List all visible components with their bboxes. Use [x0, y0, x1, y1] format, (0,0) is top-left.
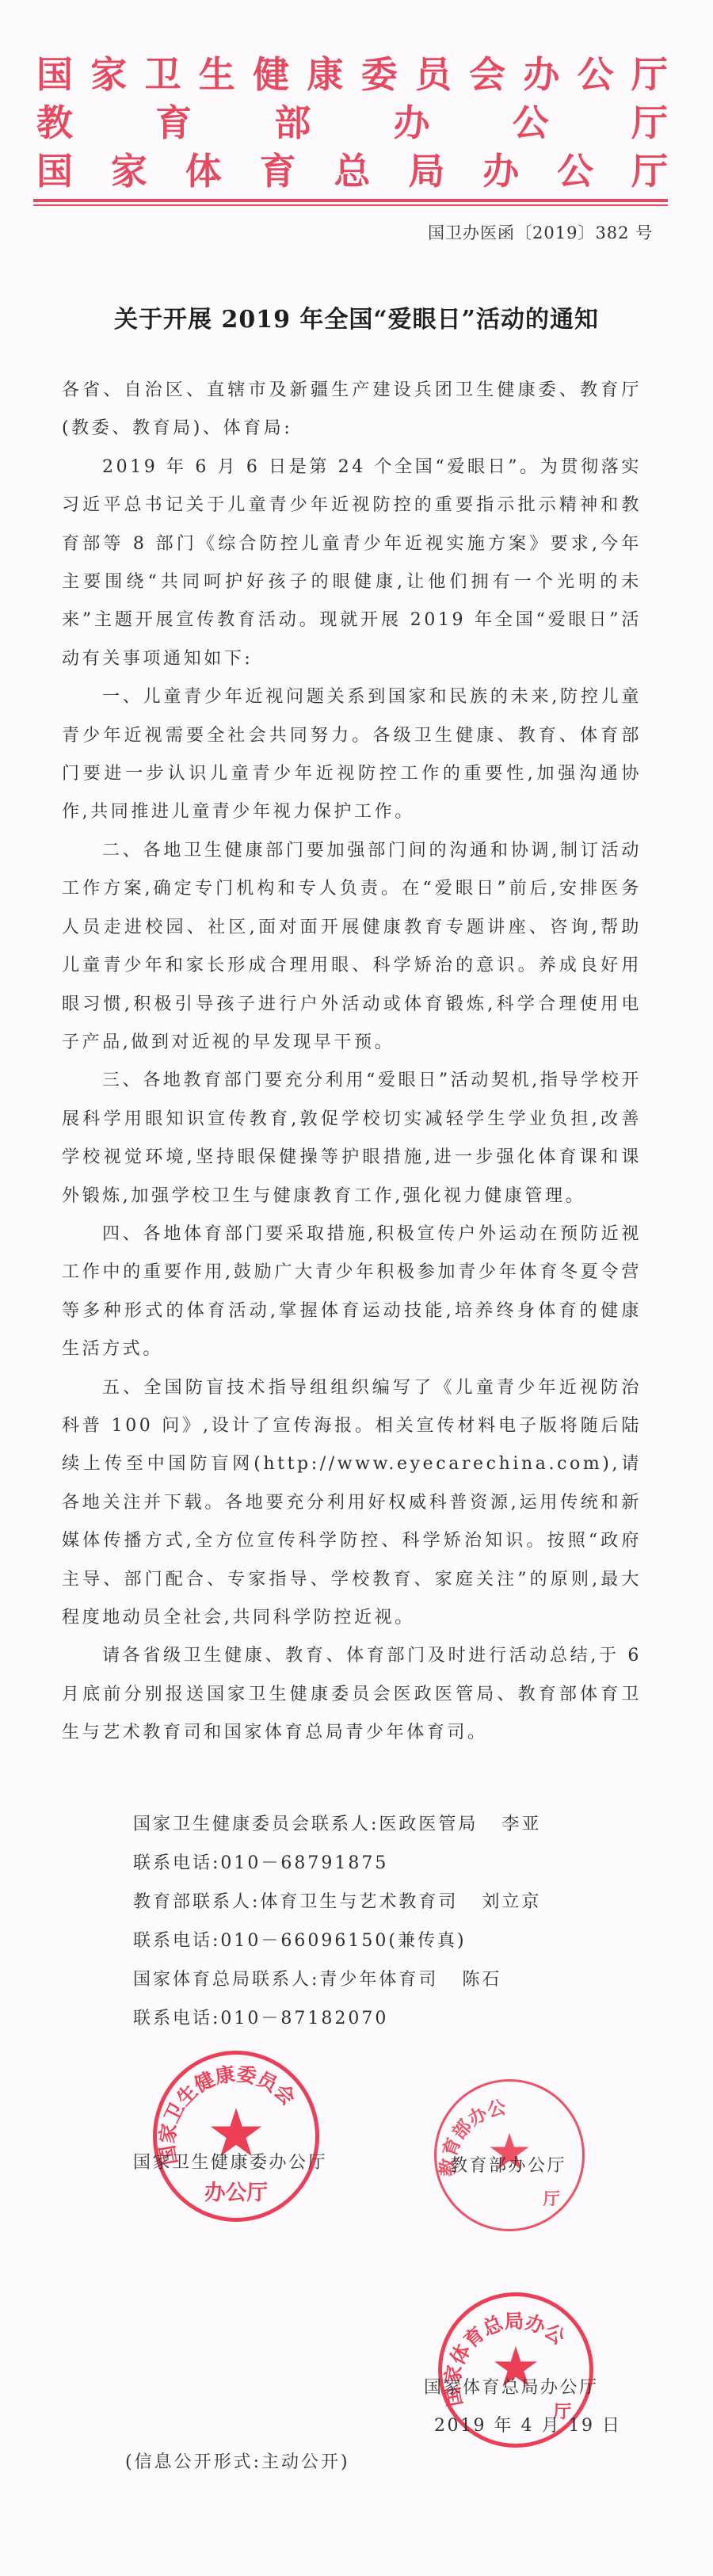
issuer-char: 健	[253, 51, 289, 98]
paragraph-2: 二、各地卫生健康部门要加强部门间的沟通和协调,制订活动工作方案,确定专门机构和专…	[62, 832, 642, 1062]
document-body: 各省、自治区、直辖市及新疆生产建设兵团卫生健康委、教育厅(教委、教育局)、体育局…	[62, 372, 642, 1753]
issuer-row-nhc: 国家卫生健康委员会办公厅	[36, 51, 668, 98]
issuer-char: 国	[36, 51, 73, 98]
issuer-char: 公	[557, 147, 593, 195]
issuer-char: 康	[307, 51, 343, 98]
issuer-char: 育	[260, 147, 296, 195]
paragraph-4: 四、各地体育部门要采取措施,积极宣传户外运动在预防近视工作中的重要作用,鼓励广大…	[62, 1215, 642, 1369]
issuer-char: 厅	[631, 99, 668, 147]
contact-moe: 教育部联系人:体育卫生与艺术教育司 刘立京	[133, 1883, 541, 1922]
issuer-char: 体	[185, 147, 222, 195]
issuer-char: 会	[469, 51, 505, 98]
issuer-char: 公	[513, 99, 549, 147]
header-divider-thin	[33, 204, 668, 206]
paragraph-3: 三、各地教育部门要充分利用“爱眼日”活动契机,指导学校开展科学用眼知识宣传教育,…	[62, 1062, 642, 1215]
paragraph-1: 一、儿童青少年近视问题关系到国家和民族的未来,防控儿童青少年近视需要全社会共同努…	[62, 678, 642, 832]
issuer-char: 生	[199, 51, 235, 98]
paragraph-5: 五、全国防盲技术指导组组织编写了《儿童青少年近视防治科普 100 问》,设计了宣…	[62, 1369, 642, 1638]
signature-date: 2019 年 4 月 19 日	[434, 2412, 621, 2437]
contact-moe-phone: 联系电话:010－66096150(兼传真)	[133, 1922, 541, 1960]
issuer-char: 家	[111, 147, 147, 195]
issuer-char: 厅	[631, 51, 668, 98]
salutation: 各省、自治区、直辖市及新疆生产建设兵团卫生健康委、教育厅(教委、教育局)、体育局…	[62, 372, 642, 448]
document-title: 关于开展 2019 年全国“爱眼日”活动的通知	[48, 300, 665, 334]
paragraph-intro: 2019 年 6 月 6 日是第 24 个全国“爱眼日”。为贯彻落实习近平总书记…	[62, 448, 642, 678]
issuer-char: 办	[394, 99, 430, 147]
issuer-char: 部	[274, 99, 311, 147]
paragraph-closing: 请各省级卫生健康、教育、体育部门及时进行活动总结,于 6 月底前分别报送国家卫生…	[62, 1637, 642, 1752]
signature-nhc: 国家卫生健康委办公厅	[133, 2149, 327, 2173]
issuer-char: 局	[408, 147, 444, 195]
issuer-char: 卫	[145, 51, 181, 98]
issuer-char: 厅	[631, 147, 668, 195]
contact-nhc-phone: 联系电话:010－68791875	[133, 1844, 541, 1883]
issuer-char: 育	[155, 99, 192, 147]
issuer-char: 委	[361, 51, 398, 98]
issuer-row-gas: 国家体育总局办公厅	[36, 147, 668, 195]
contact-nhc: 国家卫生健康委员会联系人:医政医管局 李亚	[133, 1805, 541, 1844]
issuer-char: 教	[36, 99, 73, 147]
contact-gas: 国家体育总局联系人:青少年体育司 陈石	[133, 1960, 541, 1999]
issuer-char: 家	[90, 51, 127, 98]
issuer-char: 办	[482, 147, 519, 195]
signature-gas: 国家体育总局办公厅	[424, 2374, 599, 2399]
svg-text:厅: 厅	[543, 2189, 560, 2209]
issuer-char: 办	[523, 51, 559, 98]
issuer-row-moe: 教育部办公厅	[36, 99, 668, 147]
svg-text:办公厅: 办公厅	[204, 2181, 268, 2205]
issuer-char: 员	[415, 51, 452, 98]
document-number: 国卫办医函〔2019〕382 号	[428, 220, 650, 244]
issuer-char: 公	[578, 51, 614, 98]
disclosure-note: (信息公开形式:主动公开)	[125, 2448, 350, 2473]
seal-nhc: 国家卫生健康委员会 办公厅 ★	[153, 2051, 319, 2222]
issuer-char: 总	[334, 147, 371, 195]
signature-moe: 教育部办公厅	[450, 2152, 566, 2177]
issuer-char: 国	[36, 147, 73, 195]
contact-gas-phone: 联系电话:010－87182070	[133, 1999, 541, 2038]
contact-list: 国家卫生健康委员会联系人:医政医管局 李亚 联系电话:010－68791875 …	[133, 1805, 541, 2038]
header-divider-thick	[33, 199, 668, 202]
